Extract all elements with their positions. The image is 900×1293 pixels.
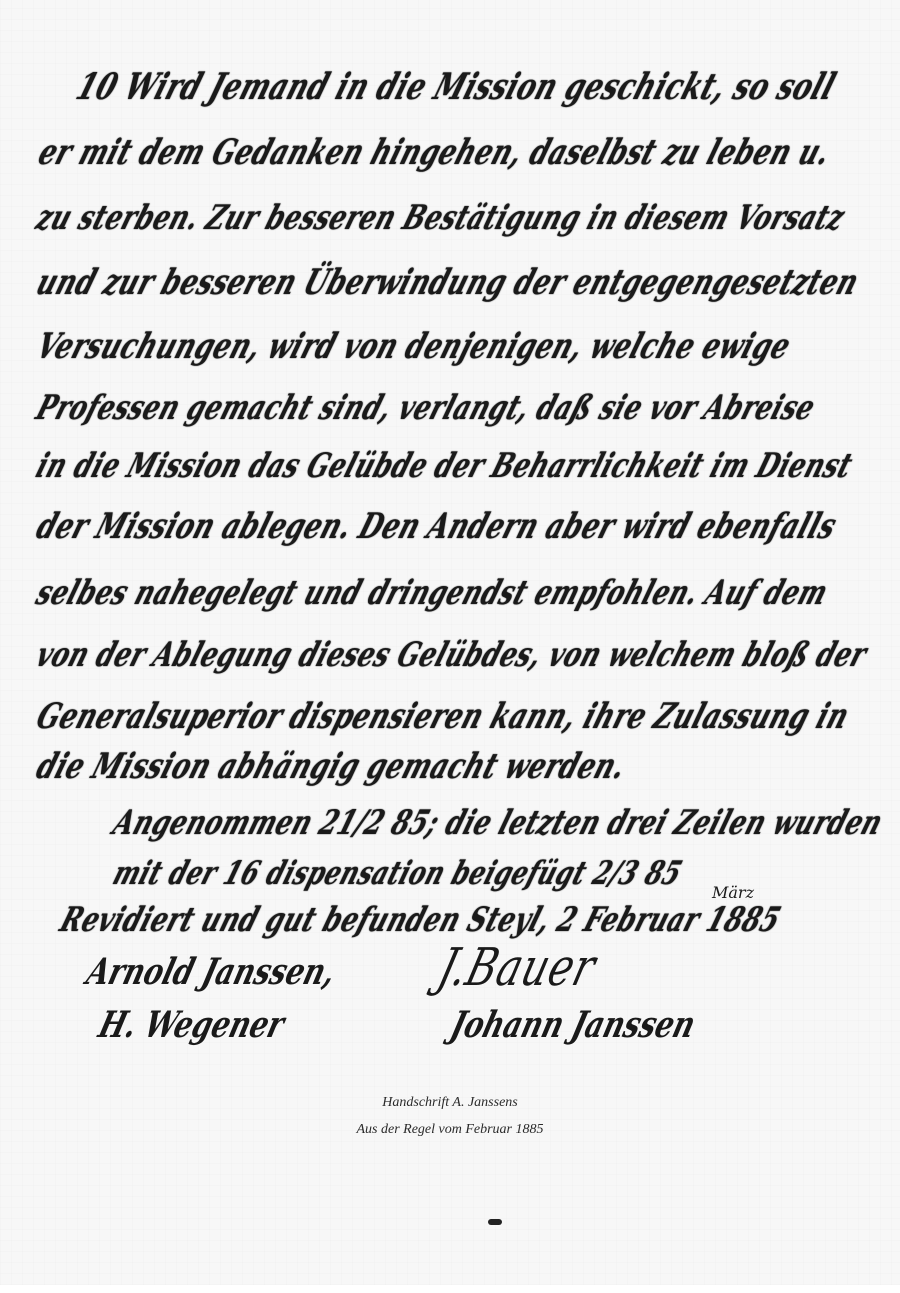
manuscript-page: 10 Wird Jemand in die Mission geschickt,…: [0, 0, 900, 1285]
signature-wegener: H. Wegener: [94, 1003, 289, 1046]
body-line-8: der Mission ablegen. Den Andern aber wir…: [31, 507, 841, 548]
body-line-4: und zur besseren Überwindung der entgege…: [31, 263, 863, 304]
body-line-12: die Mission abhängig gemacht werden.: [31, 747, 630, 788]
caption-line-2: Aus der Regel vom Februar 1885: [0, 1122, 900, 1138]
closing-line: Revidiert und gut befunden Steyl, 2 Febr…: [56, 900, 786, 939]
body-line-2: er mit dem Gedanken hingehen, daselbst z…: [33, 133, 835, 174]
body-line-11: Generalsuperior dispensieren kann, ihre …: [31, 697, 854, 738]
body-line-7: in die Mission das Gelübde der Beharrlic…: [32, 446, 858, 485]
body-line-10: von der Ablegung dieses Gelübdes, von we…: [32, 635, 872, 674]
body-line-1: 10 Wird Jemand in die Mission geschickt,…: [71, 67, 840, 109]
signature-johann-janssen: Johann Janssen: [446, 1003, 700, 1046]
ornament-dash: [488, 1219, 502, 1225]
annotation-line-2: mit der 16 dispensation beigefügt 2/3 85: [109, 853, 688, 892]
body-line-5: Versuchungen, wird von denjenigen, welch…: [31, 327, 795, 368]
page-bottom-edge: [0, 1285, 900, 1293]
body-line-3: zu sterben. Zur besseren Bestätigung in …: [32, 198, 850, 237]
annotation-line-1: Angenommen 21/2 85; die letzten drei Zei…: [109, 803, 888, 842]
signature-bauer: J.Bauer: [432, 938, 602, 998]
body-line-6: Professen gemacht sind, verlangt, daß si…: [32, 388, 820, 427]
caption-line-1: Handschrift A. Janssens: [0, 1095, 900, 1111]
signature-arnold-janssen: Arnold Janssen,: [82, 950, 340, 993]
body-line-9: selbes nahegelegt und dringendst empfohl…: [32, 573, 833, 612]
